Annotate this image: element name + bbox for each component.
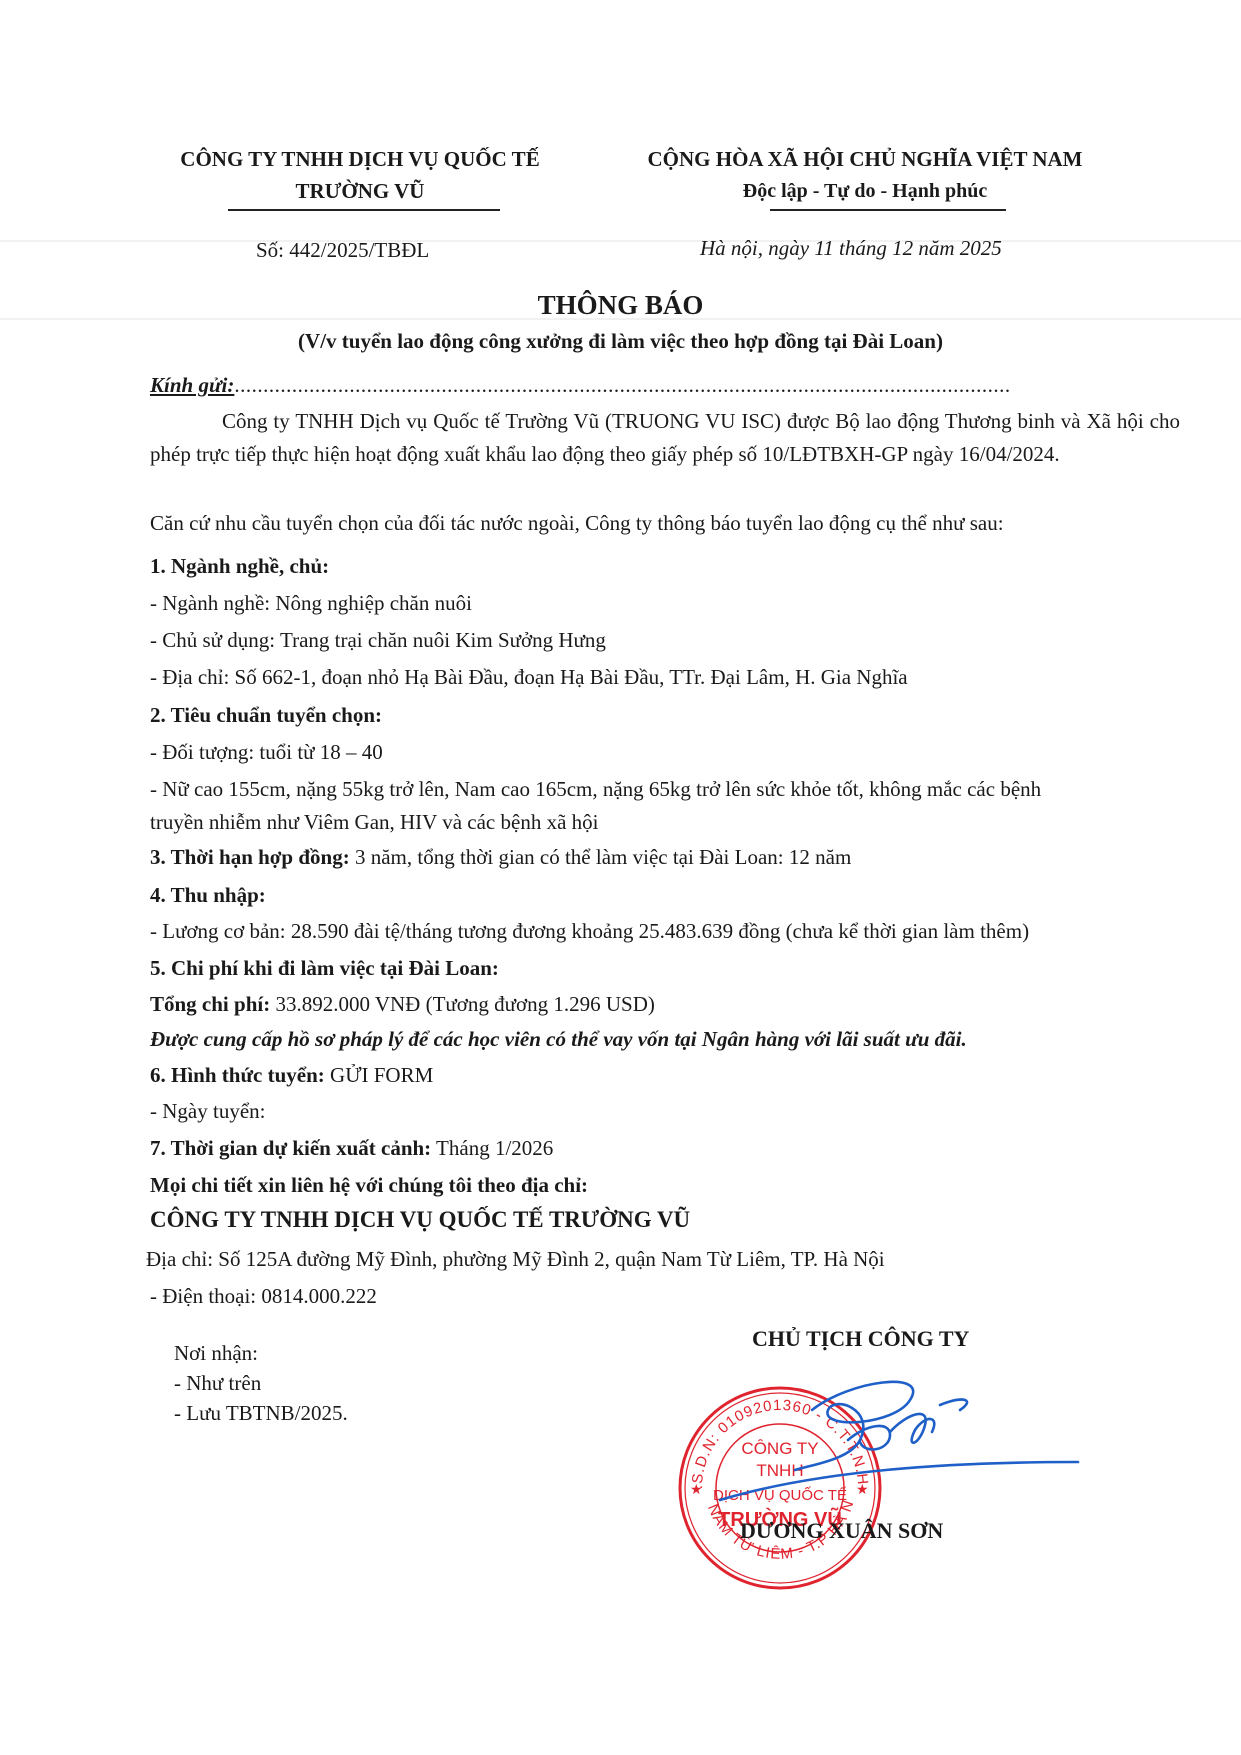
- section-5-total: Tổng chi phí: 33.892.000 VNĐ (Tương đươn…: [150, 989, 655, 1019]
- section-7-text: Tháng 1/2026: [431, 1136, 553, 1160]
- section-3-heading: 3. Thời hạn hợp đồng:: [150, 845, 350, 869]
- national-title: CỘNG HÒA XÃ HỘI CHỦ NGHĨA VIỆT NAM: [620, 143, 1110, 175]
- contact-intro: Mọi chi tiết xin liên hệ với chúng tôi t…: [150, 1170, 588, 1200]
- national-motto: Độc lập - Tự do - Hạnh phúc: [620, 175, 1110, 207]
- section-4-heading: 4. Thu nhập:: [150, 880, 266, 910]
- recipients-label: Nơi nhận:: [174, 1338, 348, 1368]
- total-cost-value: 33.892.000 VNĐ (Tương đương 1.296 USD): [270, 992, 655, 1016]
- greeting: Kính gửi:...............................…: [150, 370, 1011, 400]
- section-7: 7. Thời gian dự kiến xuất cảnh: Tháng 1/…: [150, 1133, 553, 1163]
- recipients-block: Nơi nhận: - Như trên - Lưu TBTNB/2025.: [174, 1338, 348, 1428]
- recipient-item: - Như trên: [174, 1368, 348, 1398]
- greeting-blank: ........................................…: [234, 373, 1010, 397]
- section-1-address: - Địa chỉ: Số 662-1, đoạn nhỏ Hạ Bài Đầu…: [150, 662, 908, 692]
- section-6: 6. Hình thức tuyển: GỬI FORM: [150, 1060, 433, 1090]
- document-date: Hà nội, ngày 11 tháng 12 năm 2025: [700, 236, 1002, 261]
- section-1-occupation: - Ngành nghề: Nông nghiệp chăn nuôi: [150, 588, 472, 618]
- loan-support-note: Được cung cấp hồ sơ pháp lý để các học v…: [150, 1024, 967, 1054]
- recruitment-date: - Ngày tuyển:: [150, 1096, 265, 1126]
- document-page: CÔNG TY TNHH DỊCH VỤ QUỐC TẾ TRƯỜNG VŨ C…: [0, 0, 1241, 1755]
- section-2-health: truyền nhiễm như Viêm Gan, HIV và các bệ…: [150, 807, 598, 837]
- section-1-employer: - Chủ sử dụng: Trang trại chăn nuôi Kim …: [150, 625, 606, 655]
- recipient-item: - Lưu TBTNB/2025.: [174, 1398, 348, 1428]
- section-4-salary: - Lương cơ bản: 28.590 đài tệ/tháng tươn…: [150, 916, 1029, 946]
- section-3: 3. Thời hạn hợp đồng: 3 năm, tổng thời g…: [150, 842, 851, 872]
- contact-phone: - Điện thoại: 0814.000.222: [150, 1281, 377, 1311]
- document-title: THÔNG BÁO: [0, 290, 1241, 321]
- signatory-name: DƯƠNG XUÂN SƠN: [740, 1518, 943, 1544]
- company-name-line1: CÔNG TY TNHH DỊCH VỤ QUỐC TẾ: [140, 143, 580, 175]
- section-1-heading: 1. Ngành nghề, chủ:: [150, 551, 329, 581]
- contact-address: Địa chỉ: Số 125A đường Mỹ Đình, phường M…: [146, 1244, 885, 1274]
- section-6-heading: 6. Hình thức tuyển:: [150, 1063, 325, 1087]
- signatory-title: CHỦ TỊCH CÔNG TY: [752, 1326, 969, 1352]
- section-3-text: 3 năm, tổng thời gian có thể làm việc tạ…: [350, 845, 852, 869]
- greeting-label: Kính gửi:: [150, 373, 234, 397]
- scan-artifact: [0, 240, 1241, 242]
- header-right-underline: [770, 209, 1006, 211]
- section-2-physical: - Nữ cao 155cm, nặng 55kg trở lên, Nam c…: [150, 774, 1041, 804]
- handwritten-signature: [700, 1370, 1080, 1510]
- company-name-header: CÔNG TY TNHH DỊCH VỤ QUỐC TẾ TRƯỜNG VŨ: [140, 143, 580, 207]
- section-6-text: GỬI FORM: [325, 1063, 433, 1087]
- document-number: Số: 442/2025/TBĐL: [256, 238, 429, 263]
- document-subtitle: (V/v tuyển lao động công xưởng đi làm vi…: [0, 329, 1241, 354]
- intro-basis: Căn cứ nhu cầu tuyển chọn của đối tác nư…: [150, 508, 1004, 538]
- total-cost-label: Tổng chi phí:: [150, 992, 270, 1016]
- section-7-heading: 7. Thời gian dự kiến xuất cảnh:: [150, 1136, 431, 1160]
- company-name-line2: TRƯỜNG VŨ: [140, 175, 580, 207]
- section-2-heading: 2. Tiêu chuẩn tuyển chọn:: [150, 700, 382, 730]
- section-2-age: - Đối tượng: tuổi từ 18 – 40: [150, 737, 383, 767]
- header-left-underline: [228, 209, 500, 211]
- national-motto-header: CỘNG HÒA XÃ HỘI CHỦ NGHĨA VIỆT NAM Độc l…: [620, 143, 1110, 207]
- contact-company: CÔNG TY TNHH DỊCH VỤ QUỐC TẾ TRƯỜNG VŨ: [150, 1207, 690, 1233]
- intro-paragraph: Công ty TNHH Dịch vụ Quốc tế Trường Vũ (…: [150, 405, 1180, 471]
- section-5-heading: 5. Chi phí khi đi làm việc tại Đài Loan:: [150, 953, 499, 983]
